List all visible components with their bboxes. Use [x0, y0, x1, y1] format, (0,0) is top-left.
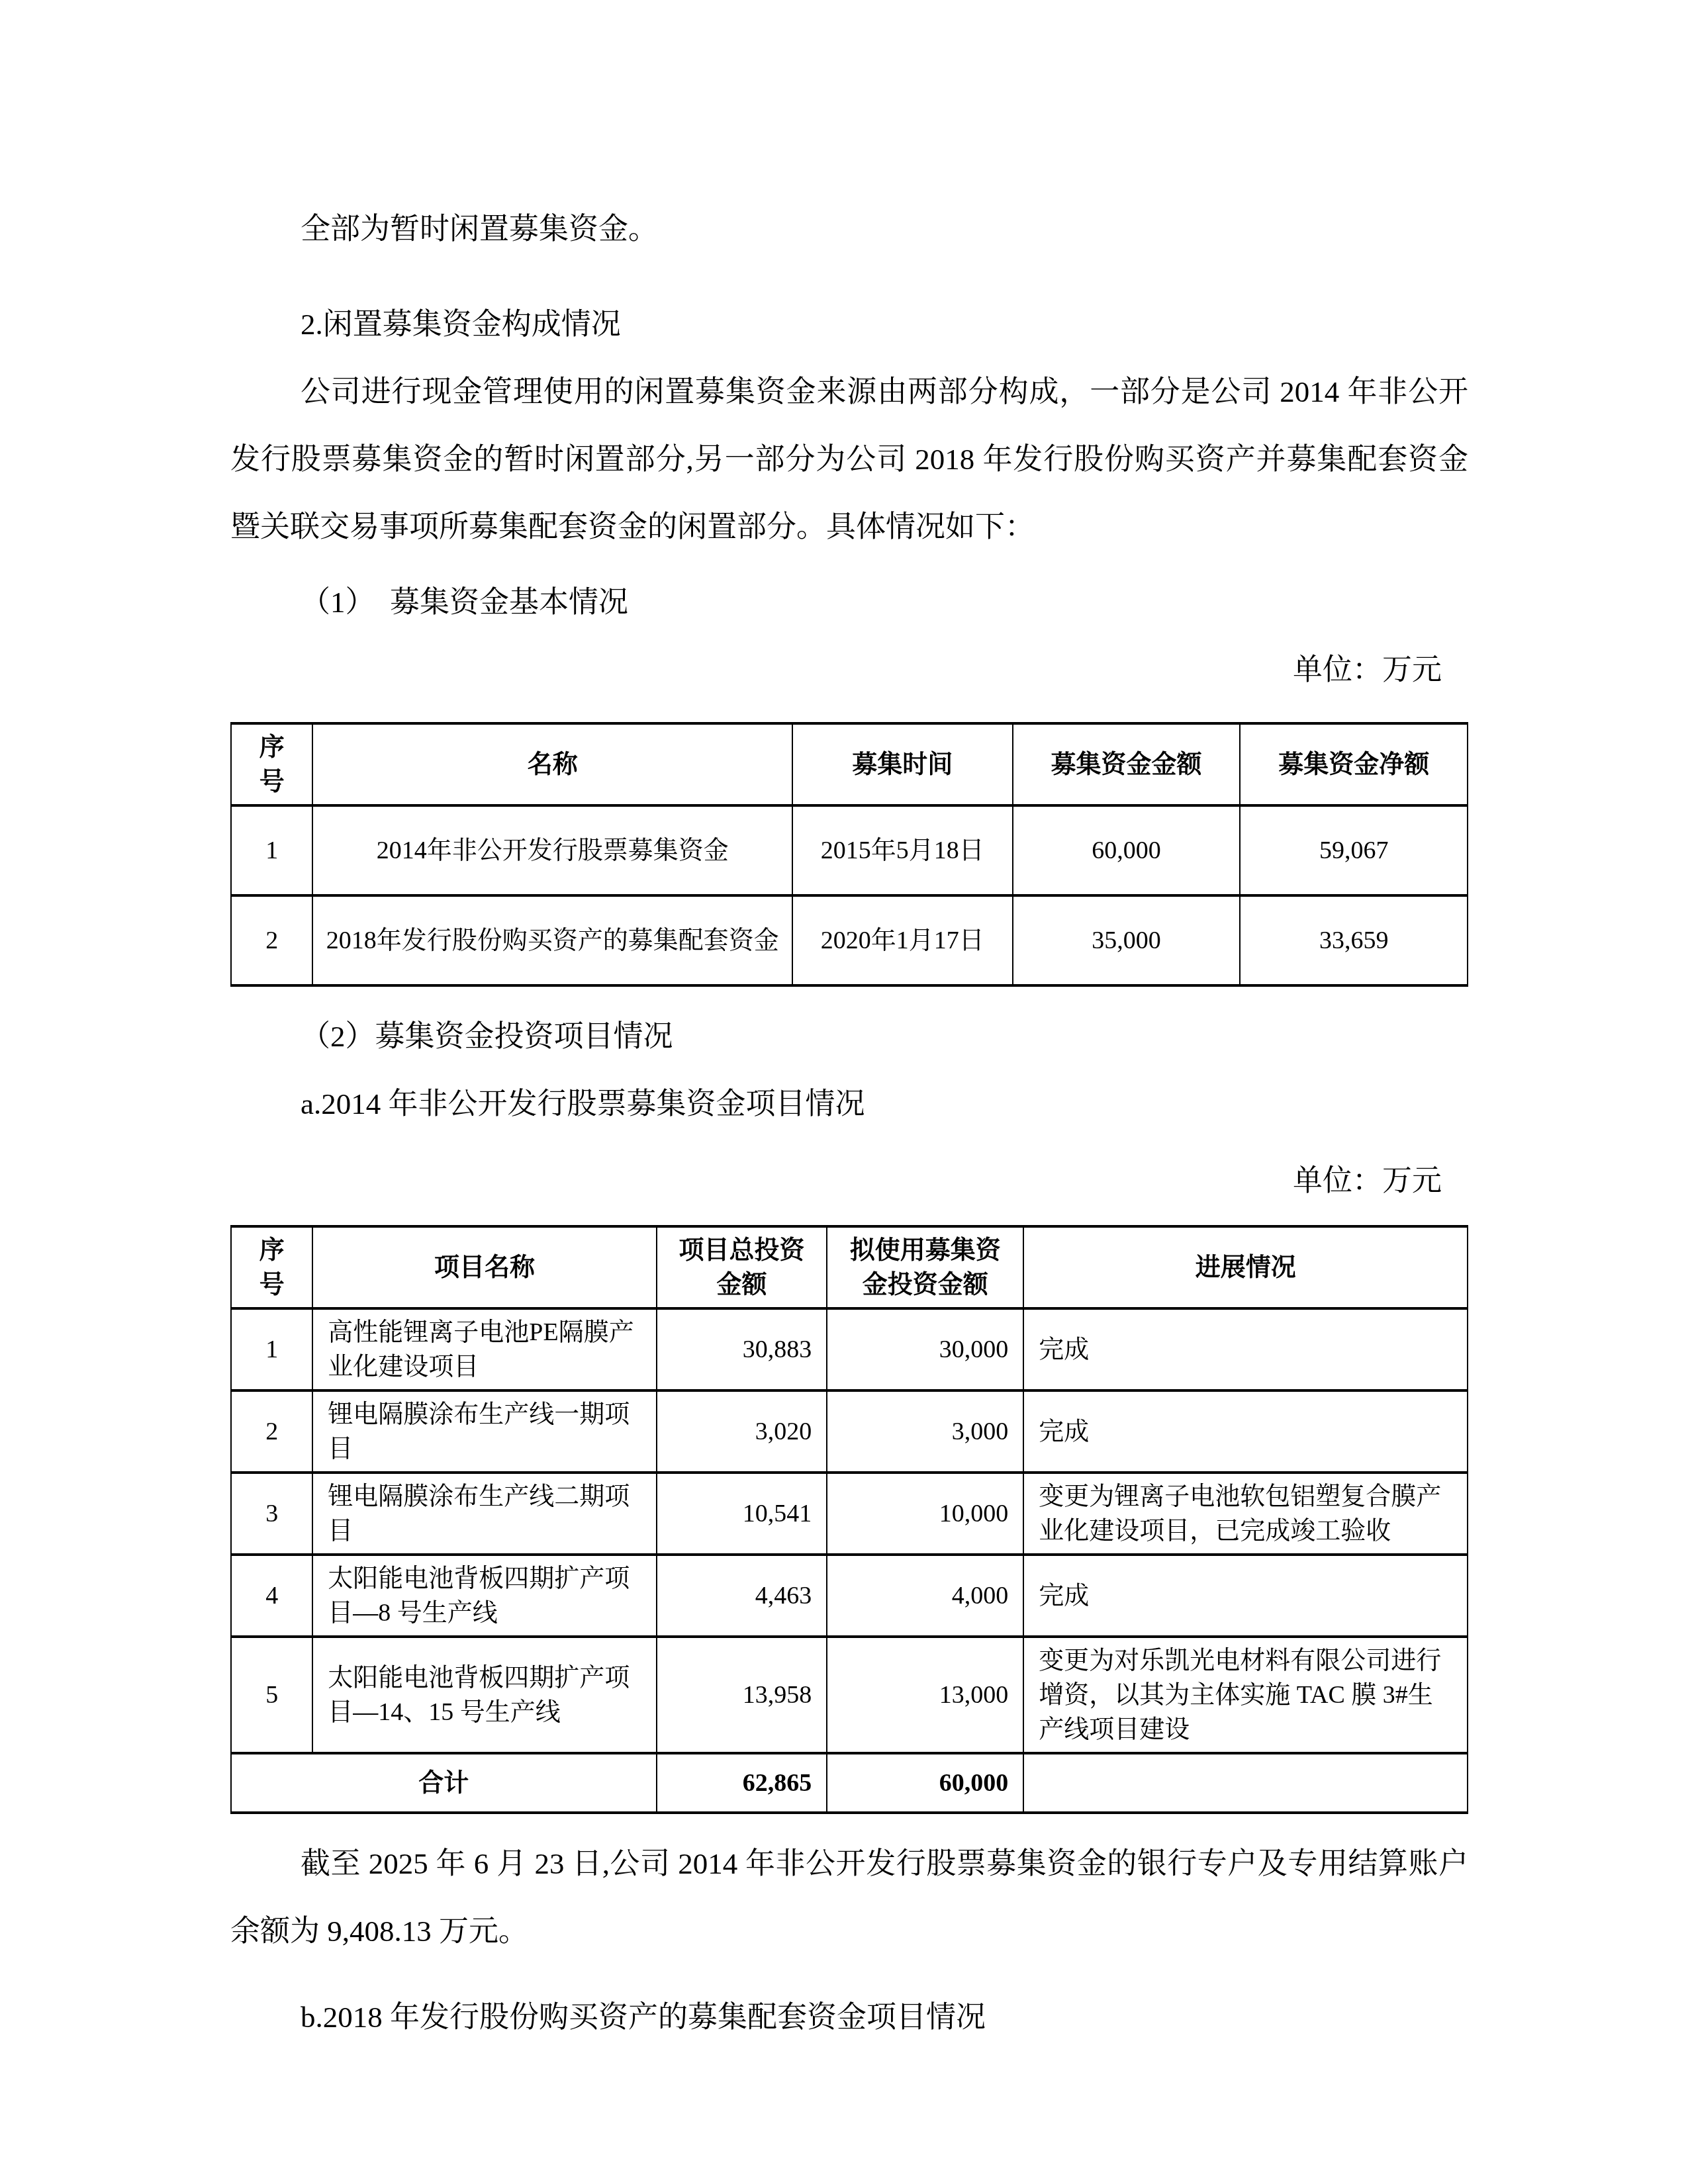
header-cell-time: 募集时间 — [792, 723, 1013, 805]
cell-seq: 2 — [231, 1390, 312, 1473]
cell-name: 2014年非公开发行股票募集资金 — [312, 805, 792, 895]
header-cell-progress: 进展情况 — [1023, 1226, 1468, 1308]
section2-heading: 2.闲置募集资金构成情况 — [230, 291, 1468, 358]
header-cell-seq: 序 号 — [231, 1226, 312, 1308]
cell-seq: 1 — [231, 805, 312, 895]
unit-note-1: 单位：万元 — [230, 636, 1468, 704]
cell-project: 太阳能电池背板四期扩产项目—8 号生产线 — [312, 1555, 656, 1637]
cell-progress: 完成 — [1023, 1308, 1468, 1390]
sub1-heading: （1） 募集资金基本情况 — [230, 569, 1468, 636]
cell-time: 2020年1月17日 — [792, 895, 1013, 985]
table-header-row: 序 号 名称 募集时间 募集资金金额 募集资金净额 — [231, 723, 1468, 805]
table-row: 2 锂电隔膜涂布生产线一期项目 3,020 3,000 完成 — [231, 1390, 1468, 1473]
intro-line: 全部为暂时闲置募集资金。 — [230, 195, 1468, 263]
cell-time: 2015年5月18日 — [792, 805, 1013, 895]
table-row: 3 锂电隔膜涂布生产线二期项目 10,541 10,000 变更为锂离子电池软包… — [231, 1473, 1468, 1555]
cell-progress: 完成 — [1023, 1390, 1468, 1473]
sub2a-heading: a.2014 年非公开发行股票募集资金项目情况 — [230, 1070, 1468, 1138]
header-cell-seq: 序 号 — [231, 723, 312, 805]
table-row: 2 2018年发行股份购买资产的募集配套资金 2020年1月17日 35,000… — [231, 895, 1468, 985]
cell-total-investment: 30,883 — [657, 1308, 827, 1390]
sub2b-heading: b.2018 年发行股份购买资产的募集配套资金项目情况 — [230, 1983, 1468, 2051]
cell-seq: 3 — [231, 1473, 312, 1555]
cell-project: 锂电隔膜涂布生产线一期项目 — [312, 1390, 656, 1473]
cell-project: 太阳能电池背板四期扩产项目—14、15 号生产线 — [312, 1637, 656, 1753]
header-cell-name: 名称 — [312, 723, 792, 805]
cell-net: 33,659 — [1240, 895, 1468, 985]
table-row: 4 太阳能电池背板四期扩产项目—8 号生产线 4,463 4,000 完成 — [231, 1555, 1468, 1637]
cell-raised-investment: 10,000 — [827, 1473, 1023, 1555]
cell-name: 2018年发行股份购买资产的募集配套资金 — [312, 895, 792, 985]
cell-total-investment-sum: 62,865 — [657, 1753, 827, 1813]
closing-paragraph: 截至 2025 年 6 月 23 日,公司 2014 年非公开发行股票募集资金的… — [230, 1830, 1468, 1965]
cell-total-investment: 3,020 — [657, 1390, 827, 1473]
cell-amount: 60,000 — [1013, 805, 1241, 895]
cell-total-investment: 4,463 — [657, 1555, 827, 1637]
cell-raised-investment-sum: 60,000 — [827, 1753, 1023, 1813]
cell-raised-investment: 30,000 — [827, 1308, 1023, 1390]
header-cell-amount: 募集资金金额 — [1013, 723, 1241, 805]
cell-total-investment: 10,541 — [657, 1473, 827, 1555]
cell-seq: 5 — [231, 1637, 312, 1753]
document-page: 全部为暂时闲置募集资金。 2.闲置募集资金构成情况 公司进行现金管理使用的闲置募… — [0, 0, 1688, 2184]
cell-raised-investment: 4,000 — [827, 1555, 1023, 1637]
cell-project: 锂电隔膜涂布生产线二期项目 — [312, 1473, 656, 1555]
table-row: 5 太阳能电池背板四期扩产项目—14、15 号生产线 13,958 13,000… — [231, 1637, 1468, 1753]
cell-net: 59,067 — [1240, 805, 1468, 895]
funds-basic-table: 序 号 名称 募集时间 募集资金金额 募集资金净额 1 2014年非公开发行股票… — [230, 722, 1468, 987]
header-cell-project: 项目名称 — [312, 1226, 656, 1308]
table-row: 1 高性能锂离子电池PE隔膜产业化建设项目 30,883 30,000 完成 — [231, 1308, 1468, 1390]
investment-projects-table: 序 号 项目名称 项目总投资 金额 拟使用募集资 金投资金额 进展情况 1 高性… — [230, 1225, 1468, 1814]
cell-raised-investment: 3,000 — [827, 1390, 1023, 1473]
cell-progress-empty — [1023, 1753, 1468, 1813]
section2-paragraph: 公司进行现金管理使用的闲置募集资金来源由两部分构成，一部分是公司 2014 年非… — [230, 358, 1468, 561]
cell-seq: 4 — [231, 1555, 312, 1637]
unit-note-2: 单位：万元 — [230, 1147, 1468, 1214]
cell-progress: 变更为对乐凯光电材料有限公司进行增资，以其为主体实施 TAC 膜 3#生产线项目… — [1023, 1637, 1468, 1753]
cell-seq: 2 — [231, 895, 312, 985]
header-cell-net: 募集资金净额 — [1240, 723, 1468, 805]
sub2-heading: （2）募集资金投资项目情况 — [230, 1003, 1468, 1070]
cell-amount: 35,000 — [1013, 895, 1241, 985]
cell-progress: 变更为锂离子电池软包铝塑复合膜产业化建设项目，已完成竣工验收 — [1023, 1473, 1468, 1555]
cell-raised-investment: 13,000 — [827, 1637, 1023, 1753]
table-total-row: 合计 62,865 60,000 — [231, 1753, 1468, 1813]
cell-progress: 完成 — [1023, 1555, 1468, 1637]
cell-total-investment: 13,958 — [657, 1637, 827, 1753]
cell-total-label: 合计 — [231, 1753, 657, 1813]
table-header-row: 序 号 项目名称 项目总投资 金额 拟使用募集资 金投资金额 进展情况 — [231, 1226, 1468, 1308]
cell-seq: 1 — [231, 1308, 312, 1390]
cell-project: 高性能锂离子电池PE隔膜产业化建设项目 — [312, 1308, 656, 1390]
header-cell-total-investment: 项目总投资 金额 — [657, 1226, 827, 1308]
table-row: 1 2014年非公开发行股票募集资金 2015年5月18日 60,000 59,… — [231, 805, 1468, 895]
header-cell-raised-investment: 拟使用募集资 金投资金额 — [827, 1226, 1023, 1308]
